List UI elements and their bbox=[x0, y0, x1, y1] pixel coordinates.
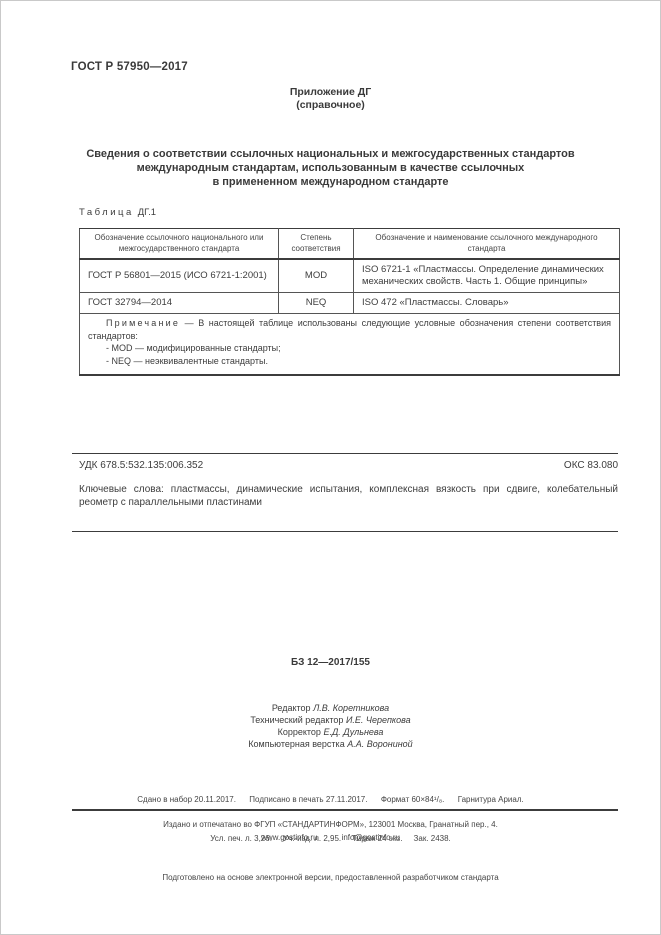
annex-subtitle: (справочное) bbox=[1, 99, 660, 112]
credit-line-technical-editor: Технический редактор И.Е. Черепкова bbox=[1, 714, 660, 726]
credit-role: Технический редактор bbox=[250, 715, 343, 725]
document-page: ГОСТ Р 57950—2017 Приложение ДГ (справоч… bbox=[0, 0, 661, 935]
credit-name: А.А. Ворониной bbox=[347, 739, 412, 749]
table-row: ГОСТ 32794—2014 NEQ ISO 472 «Пластмассы.… bbox=[80, 293, 620, 314]
divider-above-udk bbox=[72, 453, 618, 454]
table-cell-national-standard: ГОСТ Р 56801—2015 (ИСО 6721-1:2001) bbox=[80, 259, 279, 293]
divider-below-keywords bbox=[72, 531, 618, 532]
credit-line-proofreader: Корректор Е.Д. Дульнева bbox=[1, 726, 660, 738]
table-note-row: Примечание — В настоящей таблице использ… bbox=[80, 314, 620, 376]
credit-role: Компьютерная верстка bbox=[248, 739, 344, 749]
publisher-contacts: www.gostinfo.ruinfo@gostinfo.ru bbox=[1, 831, 660, 844]
table-note-paragraph: Примечание — В настоящей таблице использ… bbox=[88, 317, 611, 342]
divider-above-publisher bbox=[72, 809, 618, 811]
column-header-international-standard: Обозначение и наименование ссылочного ме… bbox=[354, 229, 620, 260]
table-header-row: Обозначение ссылочного национального или… bbox=[80, 229, 620, 260]
table-caption-word: Таблица bbox=[79, 207, 134, 218]
doc-code-header: ГОСТ Р 57950—2017 bbox=[71, 61, 188, 73]
imprint-line-source: Подготовлено на основе электронной верси… bbox=[1, 871, 660, 884]
oks-code: ОКС 83.080 bbox=[564, 460, 618, 471]
publisher-block: Издано и отпечатано во ФГУП «СТАНДАРТИНФ… bbox=[1, 818, 660, 844]
credit-role: Корректор bbox=[278, 727, 321, 737]
table-caption: ТаблицаДГ.1 bbox=[79, 207, 156, 218]
udk-code: УДК 678.5:532.135:006.352 bbox=[79, 460, 203, 471]
credit-line-layout: Компьютерная верстка А.А. Ворониной bbox=[1, 738, 660, 750]
credit-role: Редактор bbox=[272, 703, 311, 713]
page-title-line1: Сведения о соответствии ссылочных национ… bbox=[41, 147, 620, 161]
table-cell-national-standard: ГОСТ 32794—2014 bbox=[80, 293, 279, 314]
annex-heading: Приложение ДГ (справочное) bbox=[1, 86, 660, 112]
imprint-line-dates-format: Сдано в набор 20.11.2017. Подписано в пе… bbox=[1, 793, 660, 806]
table-row: ГОСТ Р 56801—2015 (ИСО 6721-1:2001) MOD … bbox=[80, 259, 620, 293]
credit-name: Е.Д. Дульнева bbox=[323, 727, 383, 737]
credit-name: Л.В. Коретникова bbox=[313, 703, 389, 713]
table-caption-number: ДГ.1 bbox=[138, 207, 156, 218]
note-label: Примечание bbox=[106, 318, 180, 328]
table-cell-degree: NEQ bbox=[279, 293, 354, 314]
table-cell-international-standard: ISO 6721-1 «Пластмассы. Определение дина… bbox=[354, 259, 620, 293]
column-header-national-standard: Обозначение ссылочного национального или… bbox=[80, 229, 279, 260]
note-item-mod: - MOD — модифицированные стандарты; bbox=[88, 342, 611, 355]
page-title-line2: международным стандартам, использованным… bbox=[41, 161, 620, 175]
page-title: Сведения о соответствии ссылочных национ… bbox=[41, 147, 620, 189]
publisher-email: info@gostinfo.ru bbox=[342, 833, 400, 842]
credit-name: И.Е. Черепкова bbox=[346, 715, 411, 725]
classification-codes: УДК 678.5:532.135:006.352 ОКС 83.080 bbox=[79, 460, 618, 471]
credits-block: Редактор Л.В. Коретникова Технический ре… bbox=[1, 702, 660, 750]
bz-number: БЗ 12—2017/155 bbox=[1, 657, 660, 668]
annex-title: Приложение ДГ bbox=[1, 86, 660, 99]
table-cell-international-standard: ISO 472 «Пластмассы. Словарь» bbox=[354, 293, 620, 314]
correspondence-table: Обозначение ссылочного национального или… bbox=[79, 228, 620, 376]
note-item-neq: - NEQ — неэквивалентные стандарты. bbox=[88, 355, 611, 368]
column-header-correspondence-degree: Степень соответствия bbox=[279, 229, 354, 260]
publisher-address: Издано и отпечатано во ФГУП «СТАНДАРТИНФ… bbox=[1, 818, 660, 831]
keywords-paragraph: Ключевые слова: пластмассы, динамические… bbox=[79, 483, 618, 509]
table-cell-degree: MOD bbox=[279, 259, 354, 293]
credit-line-editor: Редактор Л.В. Коретникова bbox=[1, 702, 660, 714]
website-url: www.gostinfo.ru bbox=[261, 833, 317, 842]
table-note: Примечание — В настоящей таблице использ… bbox=[80, 314, 620, 376]
page-title-line3: в примененном международном стандарте bbox=[41, 175, 620, 189]
